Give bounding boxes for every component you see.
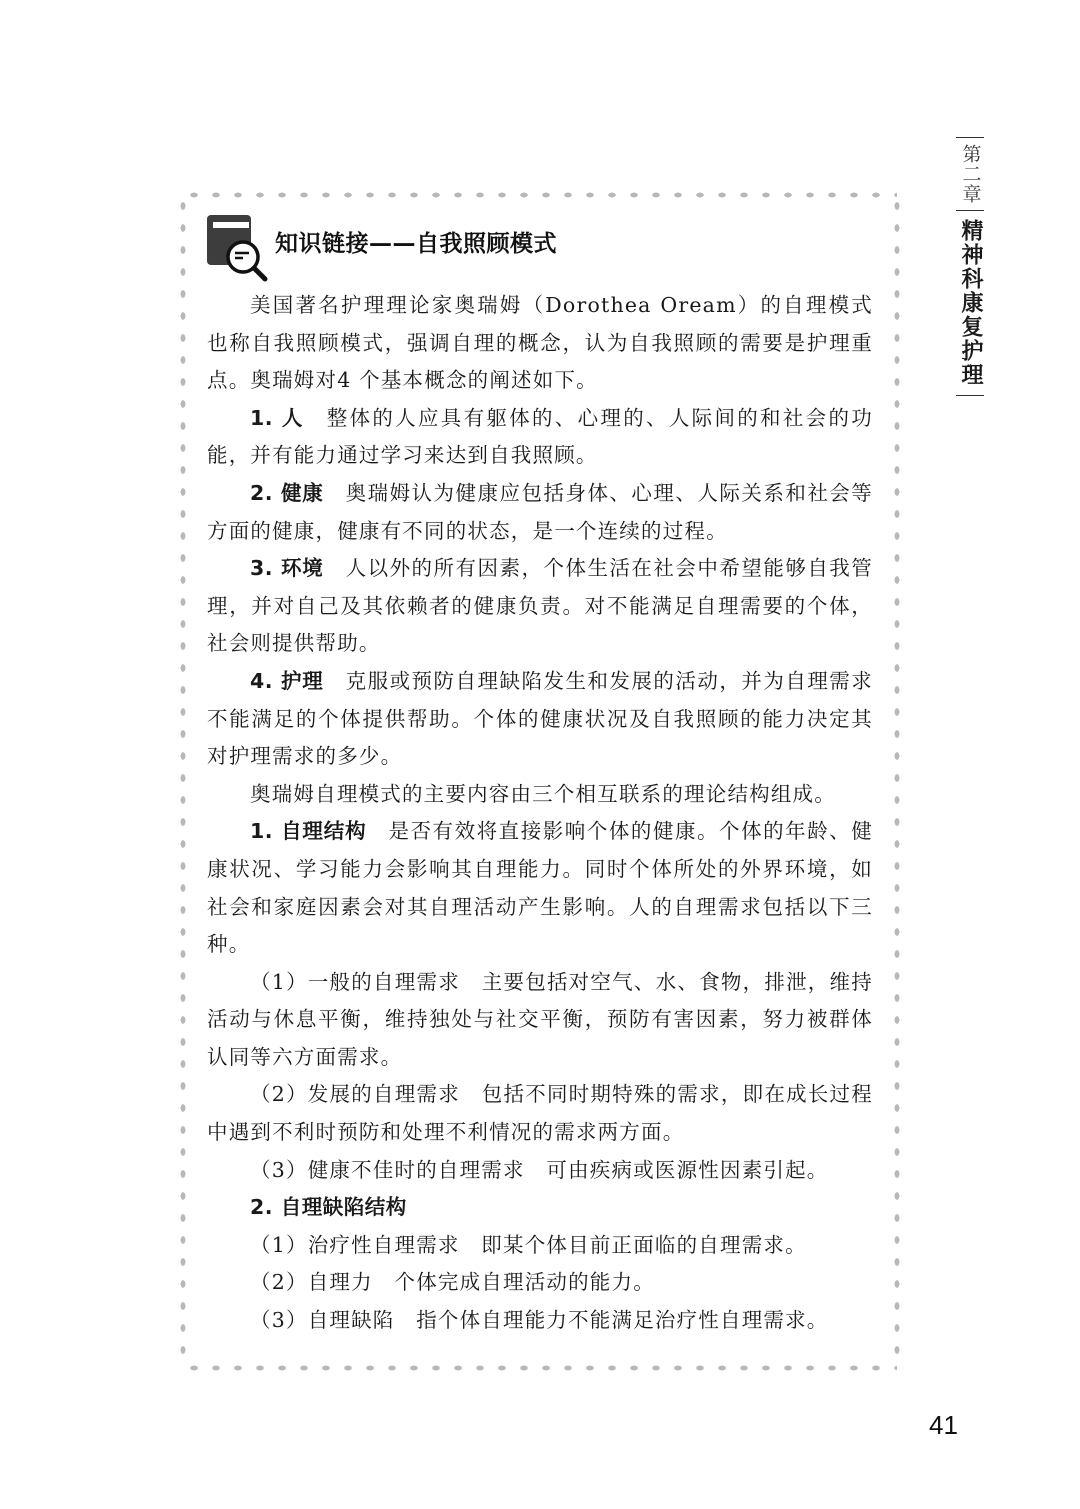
concept-label: 2. 健康 xyxy=(250,481,324,505)
box-content: 美国著名护理理论家奥瑞姆（Dorothea Oream）的自理模式也称自我照顾模… xyxy=(207,287,873,1340)
need-label: （3）健康不佳时的自理需求 xyxy=(250,1158,525,1182)
divider xyxy=(956,137,984,138)
concept-paragraph: 2. 健康 奥瑞姆认为健康应包括身体、心理、人际关系和社会等方面的健康，健康有不… xyxy=(207,475,873,550)
concept-label: 1. 人 xyxy=(250,406,304,430)
concept-label: 4. 护理 xyxy=(250,669,324,693)
deficit-text: 个体完成自理活动的能力。 xyxy=(395,1270,655,1294)
need-item: （2）发展的自理需求 包括不同时期特殊的需求，即在成长过程中遇到不利时预防和处理… xyxy=(207,1076,873,1151)
deficit-item: （1）治疗性自理需求 即某个体目前正面临的自理需求。 xyxy=(207,1227,873,1265)
need-item: （3）健康不佳时的自理需求 可由疾病或医源性因素引起。 xyxy=(207,1152,873,1190)
page-number: 41 xyxy=(929,1410,958,1441)
concept-paragraph: 3. 环境 人以外的所有因素，个体生活在社会中希望能够自我管理，并对自己及其依赖… xyxy=(207,550,873,663)
box-title: 知识链接——自我照顾模式 xyxy=(275,225,557,258)
chapter-title: 精神科康复护理 xyxy=(959,215,981,391)
dotted-border-bottom xyxy=(183,1365,897,1371)
structure-intro: 奥瑞姆自理模式的主要内容由三个相互联系的理论结构组成。 xyxy=(207,776,873,814)
chapter-side-tab: 第二章 精神科康复护理 xyxy=(955,133,985,400)
structure-paragraph: 2. 自理缺陷结构 xyxy=(207,1189,873,1227)
dotted-border-left xyxy=(180,195,186,1368)
concept-label: 3. 环境 xyxy=(250,556,324,580)
need-text: 可由疾病或医源性因素引起。 xyxy=(546,1158,828,1182)
structure-paragraph: 1. 自理结构 是否有效将直接影响个体的健康。个体的年龄、健康状况、学习能力会影… xyxy=(207,813,873,963)
concept-paragraph: 4. 护理 克服或预防自理缺陷发生和发展的活动，并为自理需求不能满足的个体提供帮… xyxy=(207,663,873,776)
structure-label: 2. 自理缺陷结构 xyxy=(250,1195,407,1219)
need-item: （1）一般的自理需求 主要包括对空气、水、食物，排泄，维持活动与休息平衡，维持独… xyxy=(207,964,873,1077)
concept-text: 整体的人应具有躯体的、心理的、人际间的和社会的功能，并有能力通过学习来达到自我照… xyxy=(207,406,873,468)
deficit-label: （1）治疗性自理需求 xyxy=(250,1233,460,1257)
need-label: （1）一般的自理需求 xyxy=(250,970,460,994)
divider xyxy=(956,395,984,396)
chapter-number: 第二章 xyxy=(961,142,980,206)
dotted-border-top xyxy=(183,192,897,198)
deficit-text: 即某个体目前正面临的自理需求。 xyxy=(481,1233,807,1257)
dotted-border-right xyxy=(894,195,900,1368)
deficit-item: （2）自理力 个体完成自理活动的能力。 xyxy=(207,1264,873,1302)
deficit-label: （3）自理缺陷 xyxy=(250,1308,394,1332)
structure-label: 1. 自理结构 xyxy=(250,819,366,843)
box-header: 知识链接——自我照顾模式 xyxy=(205,213,557,283)
intro-paragraph: 美国著名护理理论家奥瑞姆（Dorothea Oream）的自理模式也称自我照顾模… xyxy=(207,287,873,400)
concept-paragraph: 1. 人 整体的人应具有躯体的、心理的、人际间的和社会的功能，并有能力通过学习来… xyxy=(207,400,873,475)
knowledge-link-box: 知识链接——自我照顾模式 美国著名护理理论家奥瑞姆（Dorothea Oream… xyxy=(183,195,897,1368)
need-label: （2）发展的自理需求 xyxy=(250,1082,460,1106)
deficit-item: （3）自理缺陷 指个体自理能力不能满足治疗性自理需求。 xyxy=(207,1302,873,1340)
deficit-label: （2）自理力 xyxy=(250,1270,373,1294)
deficit-text: 指个体自理能力不能满足治疗性自理需求。 xyxy=(416,1308,828,1332)
divider xyxy=(956,210,984,211)
book-search-icon xyxy=(205,213,269,283)
